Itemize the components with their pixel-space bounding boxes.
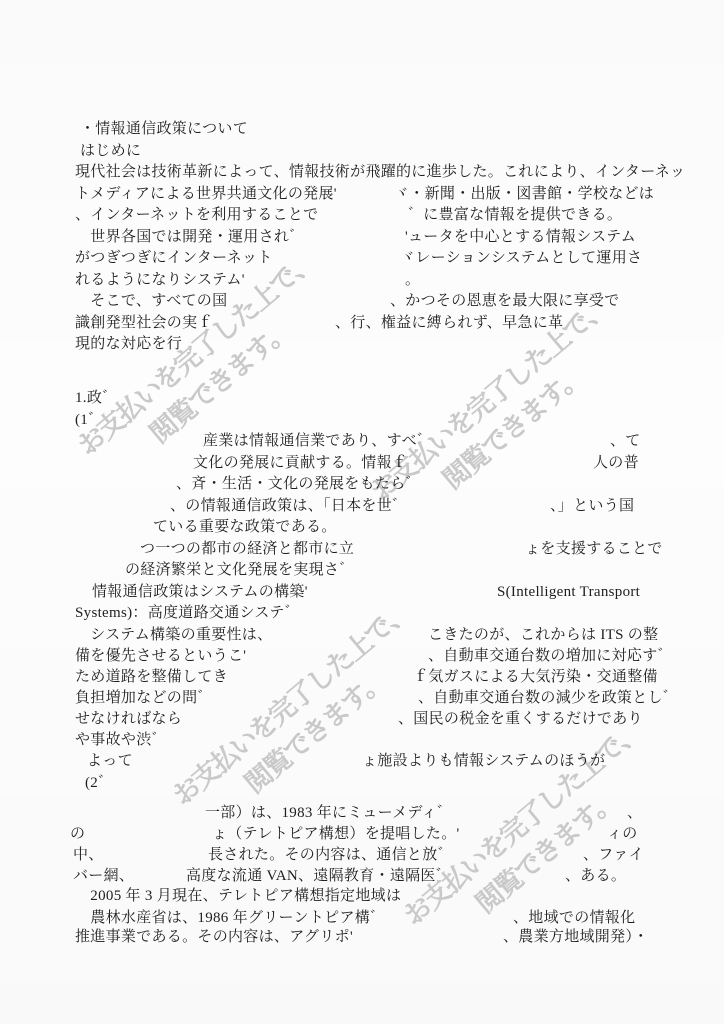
text-fragment: 高度な流通 VAN、遠隔教育・遠隔医゛ xyxy=(186,868,451,885)
text-fragment: S(Intelligent Transport xyxy=(497,584,640,601)
text-fragment: 、国民の税金を重くするだけであり xyxy=(398,711,643,728)
text-fragment: 、の情報通信政策は、「日本を世゛ xyxy=(170,498,407,515)
text-fragment: ため道路を整備してき xyxy=(75,669,228,686)
text-fragment: ょ（テレトピア構想）を提唱した。' xyxy=(212,826,460,843)
text-fragment: の経済繁栄と文化発展を実現さ゛ xyxy=(125,562,355,579)
document-text-layer: ・情報通信政策についてはじめに現代社会は技術革新によって、情報技術が飛躍的に進歩… xyxy=(0,0,724,1024)
text-fragment: 現的な対応を行 xyxy=(75,336,182,353)
text-fragment: (2゛ xyxy=(85,775,113,792)
text-fragment: つ一つの都市の経済と都市に立 xyxy=(140,541,354,558)
text-fragment: 、インターネットを利用することで xyxy=(75,207,318,224)
text-fragment: 中、 xyxy=(73,847,104,864)
text-fragment: ヾ・新聞・出版・図書館・学校などは xyxy=(394,186,654,203)
text-fragment: 、」という国 xyxy=(550,498,634,515)
text-fragment: 人の普 xyxy=(593,455,639,472)
text-fragment: 、行、権益に縛られず、早急に革 xyxy=(335,315,563,332)
text-fragment: 1.政゛ xyxy=(75,390,117,407)
text-fragment: ヾレーションシステムとして運用さ xyxy=(400,250,642,267)
text-fragment: 、自動車交通台数の増加に対応す゛ xyxy=(428,648,673,665)
text-fragment: 長された。その内容は、通信と放゛ xyxy=(208,847,453,864)
text-fragment: 'ュータを中心とする情報システム xyxy=(405,229,636,246)
text-fragment: 備を優先させるというこ' xyxy=(75,648,246,665)
text-fragment: 、地域での情報化 xyxy=(513,910,635,927)
text-fragment: 推進事業である。その内容は、アグリポ' xyxy=(75,929,353,946)
text-fragment: ゛に豊富な情報を提供できる。 xyxy=(408,207,622,224)
text-fragment: ィの xyxy=(607,826,638,843)
text-fragment: 世界各国では開発・運用され゛ xyxy=(75,229,305,246)
text-fragment: こきたのが、これからは ITS の整 xyxy=(428,627,658,644)
text-fragment: トメディアによる世界共通文化の発展' xyxy=(75,186,337,203)
text-fragment: 、斉・生活・文化の発展をもたら゛ xyxy=(176,476,421,493)
text-fragment: 、て xyxy=(610,433,641,450)
text-fragment: れるようになりシステム' xyxy=(75,272,245,289)
text-fragment: ょを支援することで xyxy=(525,541,663,558)
text-fragment: 、 xyxy=(627,805,642,822)
text-fragment: システム構築の重要性は、 xyxy=(75,627,272,644)
text-fragment: 、かつその恩恵を最大限に享受で xyxy=(390,293,620,310)
text-fragment: はじめに xyxy=(80,143,141,160)
text-fragment: ｆ気ガスによる大気汚染・交通整備 xyxy=(413,669,658,686)
text-fragment: 、自動車交通台数の減少を政策とし゛ xyxy=(418,690,678,707)
text-fragment: や事故や渋゛ xyxy=(75,732,167,749)
text-fragment: 2005 年 3 月現在、テレトピア構想指定地域は xyxy=(75,888,401,905)
text-fragment: 産業は情報通信業であり、すべ゛ xyxy=(203,433,432,450)
text-fragment: 農林水産省は、1986 年グリーントピア構゛ xyxy=(75,910,385,927)
text-fragment: せなければなら xyxy=(75,711,182,728)
text-fragment: 一部）は、1983 年にミューメディ゛ xyxy=(205,805,452,822)
text-fragment: 、ファイ xyxy=(583,847,644,864)
text-fragment: 現代社会は技術革新によって、情報技術が飛躍的に進歩した。これにより、インターネッ xyxy=(75,164,685,181)
text-fragment: ょ施設よりも情報システムのほうが xyxy=(362,753,605,770)
document-page: お支払いを完了した上で、閲覧できます。お支払いを完了した上で、閲覧できます。お支… xyxy=(0,0,724,1024)
text-fragment: よって xyxy=(87,753,133,770)
text-fragment: 、ある。 xyxy=(565,868,626,885)
text-fragment: がつぎつぎにインターネット xyxy=(75,250,273,267)
text-fragment: 識創発型社会の実ｆ xyxy=(75,315,213,332)
text-fragment: 。 xyxy=(405,272,420,289)
text-fragment: Systems)：高度道路交通システ゛ xyxy=(75,605,300,622)
text-fragment: バー網、 xyxy=(73,868,134,885)
text-fragment: 文化の発展に貢献する。情報ｆ xyxy=(193,455,407,472)
text-fragment: ・情報通信政策について xyxy=(80,121,248,138)
text-fragment: の xyxy=(70,826,85,843)
text-fragment: 、農業方地域開発）・ xyxy=(503,929,649,946)
text-fragment: ている重要な政策である。 xyxy=(153,519,337,536)
text-fragment: (1゛ xyxy=(75,412,103,429)
text-fragment: そこで、すべての国 xyxy=(75,293,227,310)
text-fragment: 情報通信政策はシステムの構築' xyxy=(92,584,308,601)
text-fragment: 負担増加などの問゛ xyxy=(75,690,213,707)
